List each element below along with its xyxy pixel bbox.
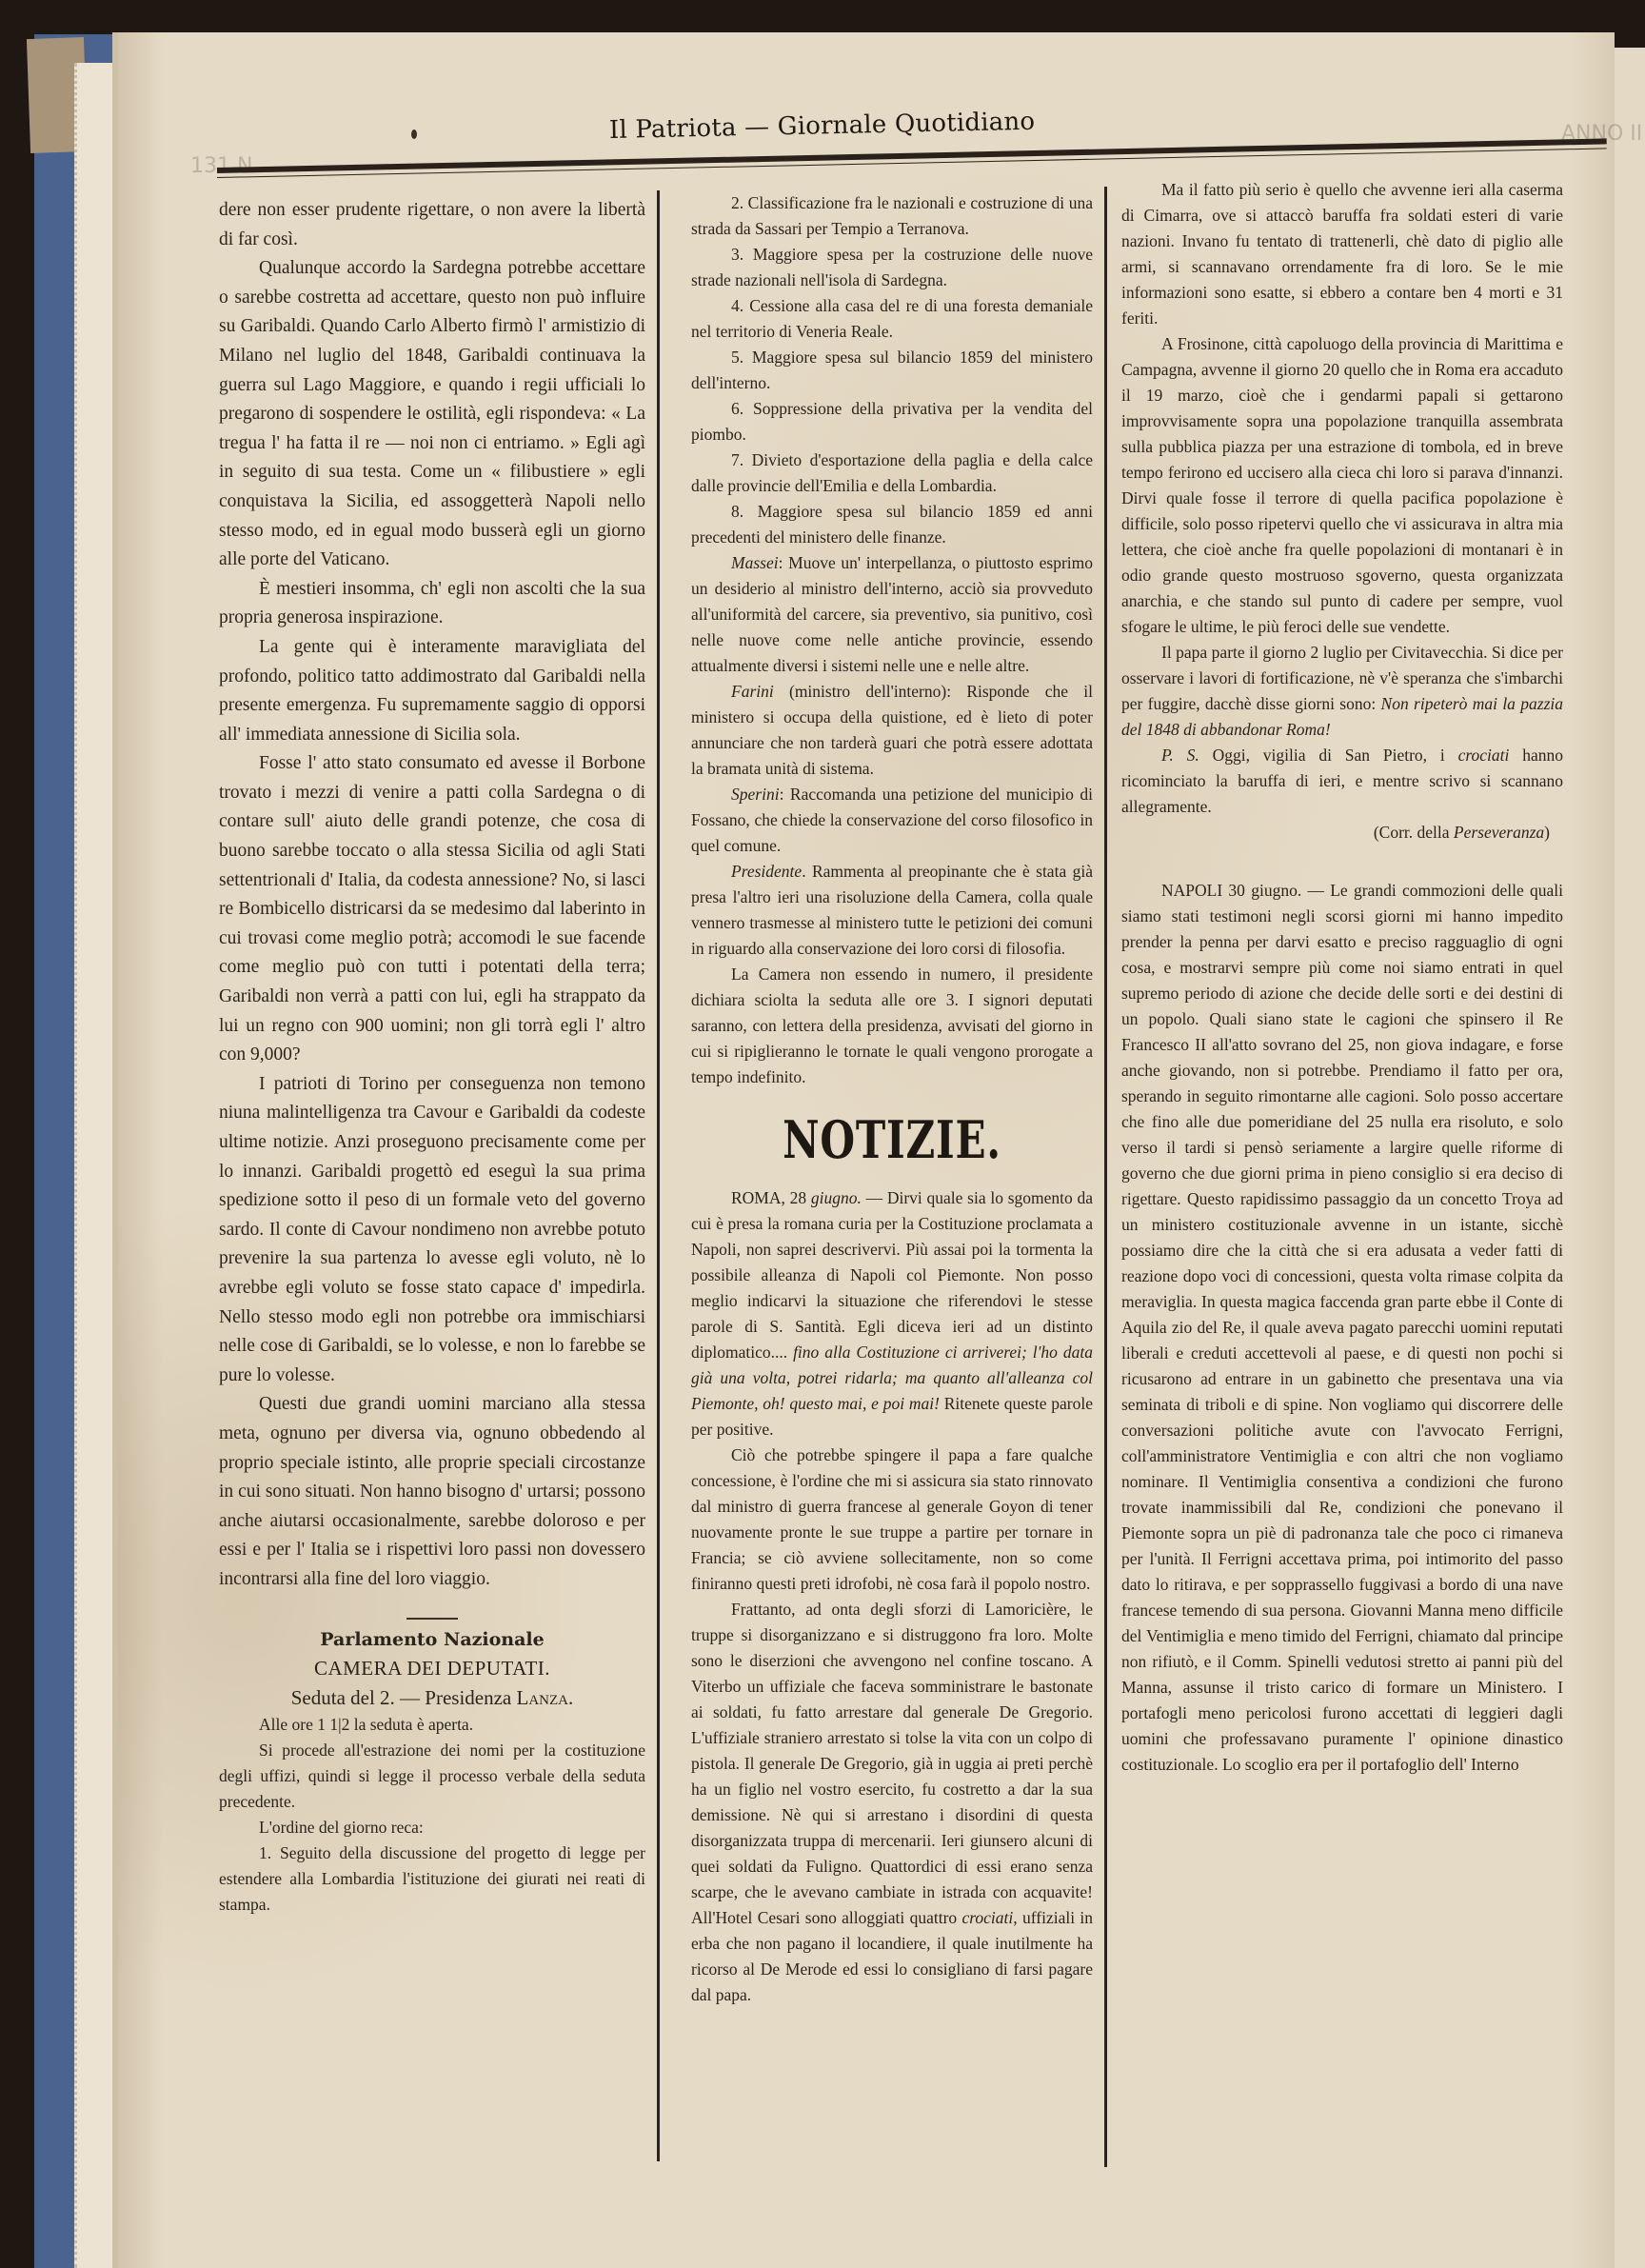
emphasis: crociati xyxy=(1458,746,1510,765)
dateline-month: giugno. xyxy=(811,1188,862,1207)
paragraph: dere non esser prudente rigettare, o non… xyxy=(219,196,645,254)
subheading-camera: CAMERA DEI DEPUTATI. xyxy=(219,1654,645,1683)
agenda-item: 5. Maggiore spesa sul bilancio 1859 del … xyxy=(691,345,1093,396)
news-napoli: NAPOLI 30 giugno. — Le grandi commozioni… xyxy=(1121,878,1563,1778)
speech-massei: Massei: Muove un' interpellanza, o piutt… xyxy=(691,550,1093,679)
speaker-name: Presidente xyxy=(731,862,802,881)
agenda-item: 1. Seguito della discussione del progett… xyxy=(219,1840,645,1918)
paragraph: La gente qui è interamente maravigliata … xyxy=(219,633,645,749)
speech-sperini: Sperini: Raccomanda una petizione del mu… xyxy=(691,782,1093,859)
postscript: P. S. Oggi, vigilia di San Pietro, i cro… xyxy=(1121,743,1563,820)
news-text: Oggi, vigilia di San Pietro, i xyxy=(1199,746,1458,765)
emphasis: crociati xyxy=(961,1908,1013,1927)
session-line: Seduta del 2. — Presidenza Lanza. xyxy=(219,1683,645,1713)
column-3: Ma il fatto più serio è quello che avven… xyxy=(1121,177,1563,1778)
agenda-item: 6. Soppressione della privativa per la v… xyxy=(691,396,1093,448)
paragraph: Ma il fatto più serio è quello che avven… xyxy=(1121,177,1563,331)
paragraph: Il papa parte il giorno 2 luglio per Civ… xyxy=(1121,640,1563,743)
agenda-item: 8. Maggiore spesa sul bilancio 1859 ed a… xyxy=(691,499,1093,550)
column-1: dere non esser prudente rigettare, o non… xyxy=(219,196,645,1918)
agenda-item: 4. Cessione alla casa del re di una fore… xyxy=(691,293,1093,345)
column-divider-1 xyxy=(657,190,660,2161)
paragraph: L'ordine del giorno reca: xyxy=(219,1815,645,1840)
speaker-name: Massei xyxy=(731,553,779,572)
speaker-name: Farini xyxy=(731,682,774,701)
paragraph: Questi due grandi uomini marciano alla s… xyxy=(219,1390,645,1594)
speaker-name: Sperini xyxy=(731,785,780,804)
news-text: — Dirvi quale sia lo sgomento da cui è p… xyxy=(691,1188,1093,1362)
dateline-city: ROMA, 28 xyxy=(731,1188,806,1207)
newspaper-name: Perseveranza xyxy=(1454,823,1544,842)
news-roma: ROMA, 28 giugno. — Dirvi quale sia lo sg… xyxy=(691,1185,1093,1442)
agenda-item: 2. Classificazione fra le nazionali e co… xyxy=(691,190,1093,242)
attrib-text: ) xyxy=(1544,823,1550,842)
paragraph: È mestieri insomma, ch' egli non ascolti… xyxy=(219,575,645,633)
agenda-item: 3. Maggiore spesa per la costruzione del… xyxy=(691,242,1093,293)
news-text: Frattanto, ad onta degli sforzi di Lamor… xyxy=(691,1600,1093,1927)
session-prefix: Seduta del 2. — Presidenza xyxy=(291,1686,512,1709)
paragraph: Alle ore 1 1|2 la seduta è aperta. xyxy=(219,1712,645,1738)
speech-presidente: Presidente. Rammenta al preopinante che … xyxy=(691,859,1093,962)
paragraph: Ciò che potrebbe spingere il papa a fare… xyxy=(691,1442,1093,1597)
paragraph: Fosse l' atto stato consumato ed avesse … xyxy=(219,749,645,1070)
ink-dot xyxy=(411,129,417,139)
paragraph: Qualunque accordo la Sardegna potrebbe a… xyxy=(219,254,645,575)
section-separator xyxy=(406,1618,458,1620)
agenda-item: 7. Divieto d'esportazione della paglia e… xyxy=(691,448,1093,499)
paragraph: La Camera non essendo in numero, il pres… xyxy=(691,962,1093,1090)
attrib-text: (Corr. della xyxy=(1374,823,1454,842)
column-divider-2 xyxy=(1104,187,1107,2167)
speech-farini: Farini (ministro dell'interno): Risponde… xyxy=(691,679,1093,782)
source-attribution: (Corr. della Perseveranza) xyxy=(1121,820,1563,846)
section-heading-parlamento: Parlamento Nazionale xyxy=(219,1625,645,1655)
section-heading-notizie: NOTIZIE. xyxy=(735,1111,1048,1168)
ps-label: P. S. xyxy=(1161,746,1199,765)
column-2: 2. Classificazione fra le nazionali e co… xyxy=(691,190,1093,2008)
spacer xyxy=(1121,846,1563,878)
paragraph: Frattanto, ad onta degli sforzi di Lamor… xyxy=(691,1597,1093,2008)
paragraph: Si procede all'estrazione dei nomi per l… xyxy=(219,1738,645,1815)
paragraph: A Frosinone, città capoluogo della provi… xyxy=(1121,331,1563,640)
president-name: Lanza. xyxy=(517,1686,574,1709)
paragraph: I patrioti di Torino per conseguenza non… xyxy=(219,1070,645,1391)
